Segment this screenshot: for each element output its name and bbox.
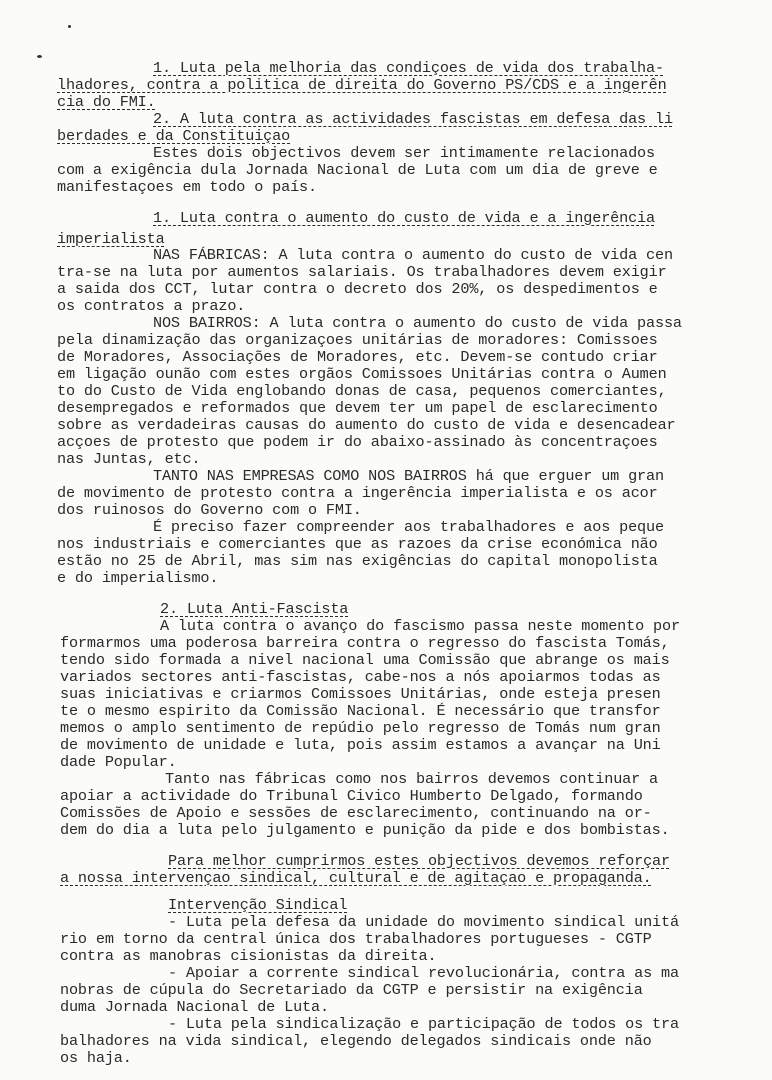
text-line: nas Juntas, etc.	[57, 451, 200, 468]
text-line: te o mesmo espirito da Comissão Nacional…	[60, 703, 661, 720]
text-line: NOS BAIRROS: A luta contra o aumento do …	[153, 315, 682, 332]
text-line: estão no 25 de Abril, mas sim nas exigên…	[57, 553, 658, 570]
text-line: tra-se na luta por aumentos salariais. O…	[57, 264, 667, 281]
text-line: 1. Luta contra o aumento do custo de vid…	[153, 210, 655, 227]
text-line: dos ruinosos do Governo com o FMI.	[57, 502, 362, 519]
text-line: A luta contra o avanço do fascismo passa…	[160, 618, 680, 635]
text-line: apoiar a actividade do Tribunal Civico H…	[60, 788, 643, 805]
text-line: acçoes de protesto que podem ir do abaix…	[57, 434, 658, 451]
text-line: variados sectores anti-fascistas, cabe-n…	[60, 669, 661, 686]
text-line: dem do dia a luta pelo julgamento e puni…	[60, 822, 670, 839]
text-line: a saida dos CCT, lutar contra o decreto …	[57, 281, 658, 298]
text-line: dade Popular.	[60, 754, 177, 771]
text-line: imperialista	[57, 231, 165, 248]
text-line: nos industriais e comerciantes que as ra…	[57, 536, 658, 553]
text-line: Estes dois objectivos devem ser intimame…	[153, 145, 655, 162]
text-line: rio em torno da central única dos trabal…	[60, 931, 652, 948]
text-line: em ligação ounão com estes orgãos Comiss…	[57, 366, 667, 383]
text-line: os haja.	[60, 1050, 132, 1067]
text-line: lhadores, contra a politica de direita d…	[57, 77, 667, 94]
text-line: suas iniciativas e criarmos Comissoes Un…	[60, 686, 661, 703]
text-line: de movimento de protesto contra a ingerê…	[57, 485, 658, 502]
text-line: cia do FMI.	[57, 94, 156, 111]
text-line: - Apoiar a corrente sindical revolucioná…	[168, 965, 679, 982]
ink-speck	[37, 55, 42, 58]
text-line: contra as manobras cisionistas da direit…	[60, 948, 437, 965]
text-line: duma Jornada Nacional de Luta.	[60, 999, 329, 1016]
text-line: Intervenção Sindical	[168, 897, 347, 914]
text-line: sobre as verdadeiras causas do aumento d…	[57, 417, 676, 434]
text-line: com a exigência dula Jornada Nacional de…	[57, 162, 658, 179]
text-line: e do imperialismo.	[57, 570, 218, 587]
text-line: balhadores na vida sindical, elegendo de…	[60, 1033, 652, 1050]
text-line: de movimento de unidade e luta, pois ass…	[60, 737, 661, 754]
text-line: - Luta pela defesa da unidade do movimen…	[168, 914, 679, 931]
text-line: memos o amplo sentimento de repúdio pelo…	[60, 720, 661, 737]
text-line: formarmos uma poderosa barreira contra o…	[60, 635, 670, 652]
text-line: a nossa intervençao sindical, cultural e…	[60, 870, 652, 887]
text-line: os contratos a prazo.	[57, 298, 245, 315]
text-line: to do Custo de Vida englobando donas de …	[57, 383, 667, 400]
text-line: TANTO NAS EMPRESAS COMO NOS BAIRROS há q…	[153, 468, 664, 485]
text-line: Comissões de Apoio e sessões de esclarec…	[60, 805, 652, 822]
text-line: - Luta pela sindicalização e participaçã…	[168, 1016, 679, 1033]
text-line: berdades e da Constituiçao	[57, 128, 290, 145]
text-line: É preciso fazer compreender aos trabalha…	[153, 519, 664, 536]
typewritten-document-page: 1. Luta pela melhoria das condiçoes de v…	[0, 0, 772, 1080]
ink-speck	[68, 25, 71, 28]
text-line: NAS FÁBRICAS: A luta contra o aumento do…	[153, 247, 673, 264]
text-line: pela dinamização das organizaçoes unitár…	[57, 332, 658, 349]
text-line: 1. Luta pela melhoria das condiçoes de v…	[153, 60, 664, 77]
text-line: Para melhor cumprirmos estes objectivos …	[168, 853, 670, 870]
text-line: tendo sido formada a nivel nacional uma …	[60, 652, 670, 669]
text-line: nobras de cúpula do Secretariado da CGTP…	[60, 982, 643, 999]
text-line: desempregados e reformados que devem ter…	[57, 400, 658, 417]
text-line: manifestaçoes em todo o país.	[57, 179, 317, 196]
text-line: Tanto nas fábricas como nos bairros deve…	[165, 771, 658, 788]
text-line: 2. Luta Anti-Fascista	[160, 601, 348, 618]
text-line: 2. A luta contra as actividades fascista…	[153, 111, 673, 128]
text-line: de Moradores, Associações de Moradores, …	[57, 349, 658, 366]
